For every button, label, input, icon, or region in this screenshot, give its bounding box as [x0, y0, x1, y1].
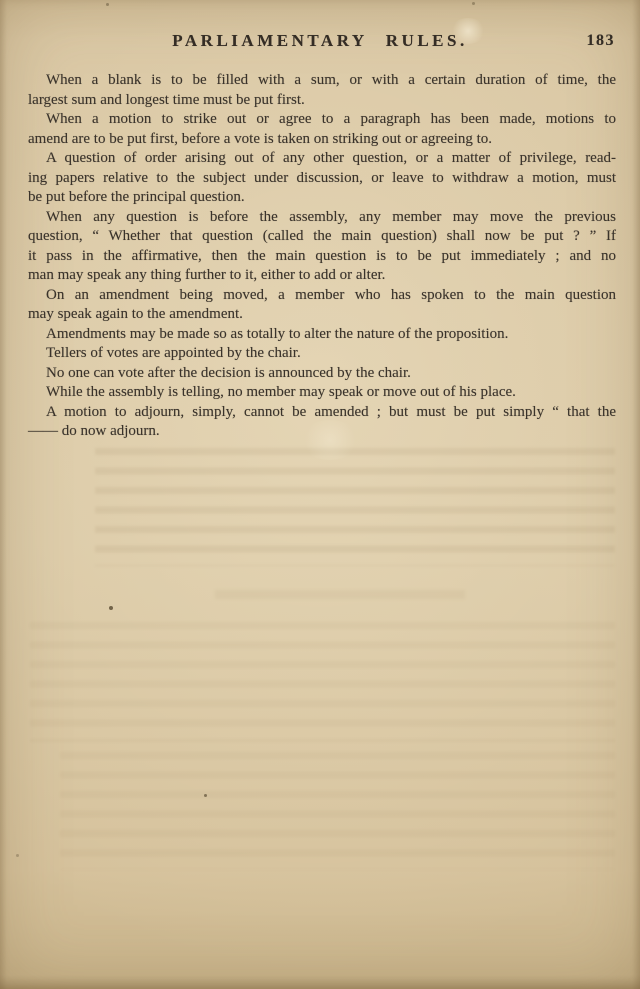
text-line: man may speak any thing further to it, e…	[28, 266, 616, 286]
paper-speck	[472, 2, 475, 5]
paper-speck	[106, 3, 109, 6]
paragraph: No one can vote after the decision is an…	[28, 364, 616, 384]
scan-edge-shadow	[0, 975, 640, 989]
scan-edge-shadow	[632, 0, 640, 989]
paragraph: On an amendment being moved, a member wh…	[28, 286, 616, 325]
bleedthrough-text-ghost	[60, 752, 615, 870]
page-number: 183	[587, 32, 616, 50]
paragraph: When a motion to strike out or agree to …	[28, 110, 616, 149]
text-line: Amendments may be made so as totally to …	[28, 325, 616, 345]
text-line: No one can vote after the decision is an…	[28, 364, 616, 384]
paper-speck	[109, 606, 113, 610]
text-line: When any question is before the assembly…	[28, 208, 616, 228]
text-line: largest sum and longest time must be put…	[28, 91, 616, 111]
bleedthrough-text-ghost	[30, 622, 615, 742]
running-head-title: PARLIAMENTARY RULES.	[0, 31, 640, 51]
bleedthrough-heading-ghost	[215, 590, 465, 599]
paragraph: While the assembly is telling, no member…	[28, 383, 616, 403]
text-line: A motion to adjourn, simply, cannot be a…	[28, 403, 616, 423]
text-line: may speak again to the amendment.	[28, 305, 616, 325]
scan-edge-shadow	[0, 0, 7, 989]
bleedthrough-text-ghost	[95, 448, 615, 566]
text-line: —— do now adjourn.	[28, 422, 616, 442]
text-line: question, “ Whether that question (calle…	[28, 227, 616, 247]
text-line: amend are to be put first, before a vote…	[28, 130, 616, 150]
text-line: While the assembly is telling, no member…	[28, 383, 616, 403]
text-line: On an amendment being moved, a member wh…	[28, 286, 616, 306]
text-line: When a blank is to be filled with a sum,…	[28, 71, 616, 91]
text-line: be put before the principal question.	[28, 188, 616, 208]
paragraph: When any question is before the assembly…	[28, 208, 616, 286]
text-line: Tellers of votes are appointed by the ch…	[28, 344, 616, 364]
paragraph: A question of order arising out of any o…	[28, 149, 616, 208]
paragraph: Tellers of votes are appointed by the ch…	[28, 344, 616, 364]
text-line: ing papers relative to the subject under…	[28, 169, 616, 189]
text-line: it pass in the affirmative, then the mai…	[28, 247, 616, 267]
body-text: When a blank is to be filled with a sum,…	[28, 71, 616, 442]
paragraph: Amendments may be made so as totally to …	[28, 325, 616, 345]
paragraph: A motion to adjourn, simply, cannot be a…	[28, 403, 616, 442]
paragraph: When a blank is to be filled with a sum,…	[28, 71, 616, 110]
page-header: PARLIAMENTARY RULES. 183	[0, 31, 640, 53]
paper-speck	[16, 854, 19, 857]
book-page-scan: PARLIAMENTARY RULES. 183 When a blank is…	[0, 0, 640, 989]
text-line: When a motion to strike out or agree to …	[28, 110, 616, 130]
paper-speck	[204, 794, 207, 797]
text-line: A question of order arising out of any o…	[28, 149, 616, 169]
